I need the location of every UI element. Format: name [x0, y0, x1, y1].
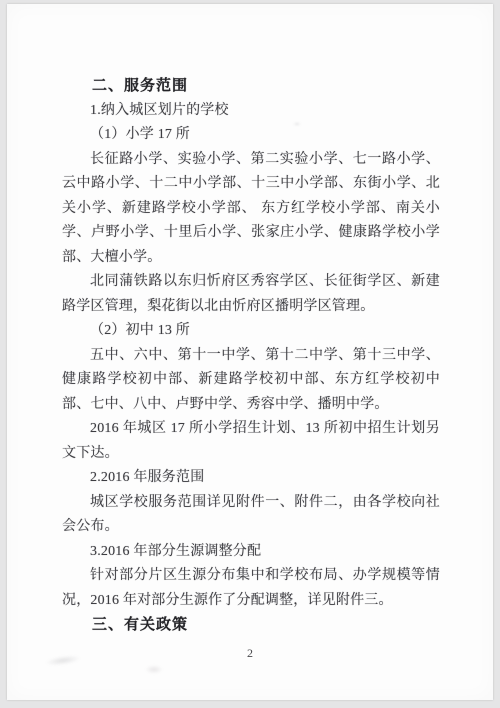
item-1-heading: 1.纳入城区划片的学校: [62, 99, 440, 124]
document-body: 二、服务范围 1.纳入城区划片的学校 （1）小学 17 所 长征路小学、实验小学…: [62, 74, 440, 638]
adjustment-paragraph: 针对部分片区生源分布集中和学校布局、办学规模等情况，2016 年对部分生源作了分…: [62, 564, 440, 613]
item-1-2-heading: （2）初中 13 所: [62, 319, 440, 344]
service-scope-paragraph: 城区学校服务范围详见附件一、附件二，由各学校向社会公布。: [62, 491, 440, 540]
scan-artifact: [145, 665, 163, 674]
item-1-1-heading: （1）小学 17 所: [62, 123, 440, 148]
item-2-heading: 2.2016 年服务范围: [62, 466, 440, 491]
page-number: 2: [7, 645, 493, 661]
section-3-heading: 三、有关政策: [62, 613, 440, 638]
enrollment-plan-paragraph: 2016 年城区 17 所小学招生计划、13 所初中招生计划另文下达。: [62, 417, 440, 466]
scan-background: { "colors": { "scan_background": "#e5e5e…: [0, 0, 500, 708]
primary-schools-paragraph: 长征路小学、实验小学、第二实验小学、七一路小学、云中路小学、十二中小学部、十三中…: [62, 148, 440, 271]
middle-schools-paragraph: 五中、六中、第十一中学、第十二中学、第十三中学、健康路学校初中部、新建路学校初中…: [62, 344, 440, 418]
railway-district-paragraph: 北同蒲铁路以东归忻府区秀容学区、长征街学区、新建路学区管理，梨花街以北由忻府区播…: [62, 270, 440, 319]
scanned-document-page: 二、服务范围 1.纳入城区划片的学校 （1）小学 17 所 长征路小学、实验小学…: [7, 4, 493, 700]
section-2-heading: 二、服务范围: [62, 74, 440, 99]
item-3-heading: 3.2016 年部分生源调整分配: [62, 540, 440, 565]
